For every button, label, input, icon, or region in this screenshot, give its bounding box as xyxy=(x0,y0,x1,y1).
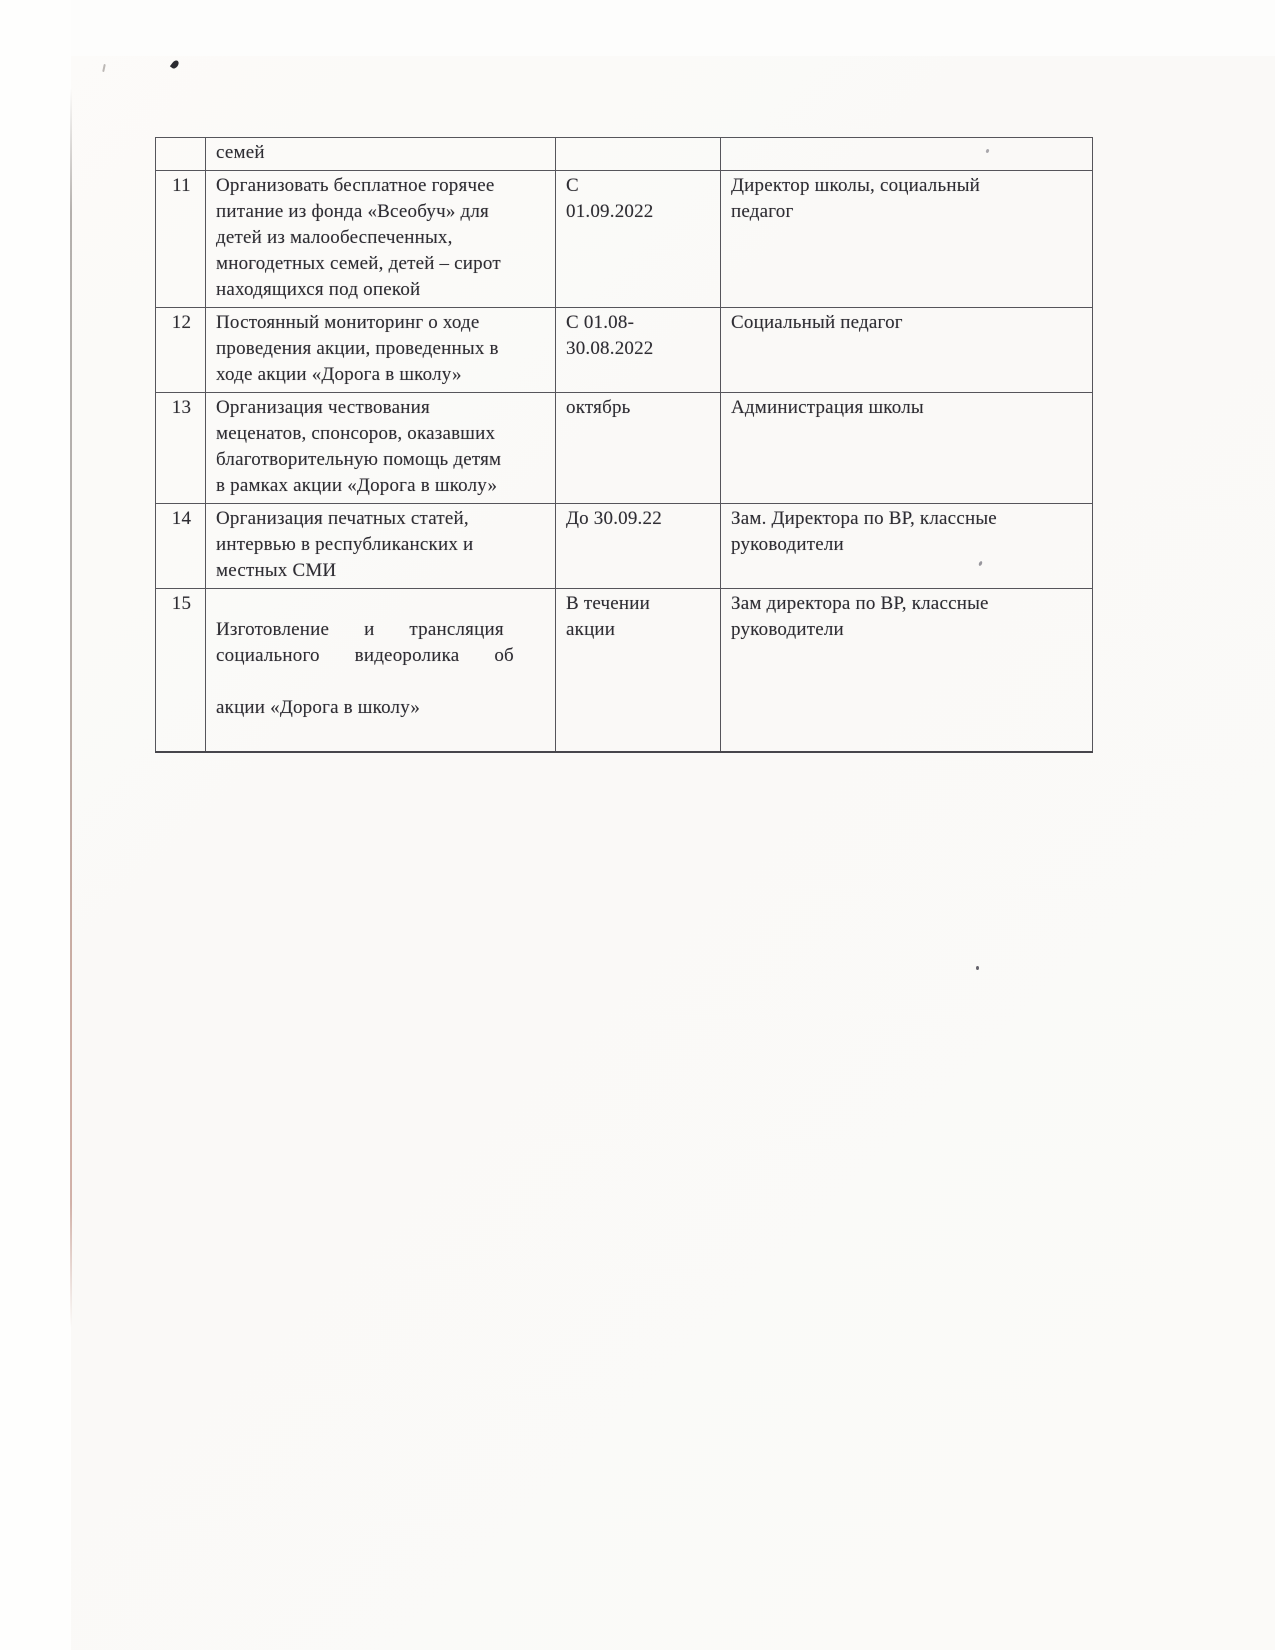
table-row: 14 Организация печатных статей, интервью… xyxy=(156,504,1093,589)
paper-edge-line xyxy=(70,88,72,1328)
dates-cell: С 01.08- 30.08.2022 xyxy=(556,308,721,393)
responsible-cell: Директор школы, социальный педагог xyxy=(721,171,1093,308)
task-cell: Постоянный мониторинг о ходе проведения … xyxy=(206,308,556,393)
row-number-cell xyxy=(156,138,206,171)
task-cell: семей xyxy=(206,138,556,171)
table-row-carryover: семей xyxy=(156,138,1093,171)
table-row: 11 Организовать бесплатное горячее питан… xyxy=(156,171,1093,308)
responsible-cell xyxy=(721,138,1093,171)
dates-cell: С 01.09.2022 xyxy=(556,171,721,308)
paper-speck xyxy=(976,966,979,970)
row-number-cell: 12 xyxy=(156,308,206,393)
responsible-cell: Зам директора по ВР, классные руководите… xyxy=(721,589,1093,753)
task-cell: Организовать бесплатное горячее питание … xyxy=(206,171,556,308)
task-cell: Организация печатных статей, интервью в … xyxy=(206,504,556,589)
responsible-cell: Администрация школы xyxy=(721,393,1093,504)
row-number-cell: 15 xyxy=(156,589,206,753)
row-number-cell: 14 xyxy=(156,504,206,589)
scan-left-margin xyxy=(0,0,71,1650)
table-row: 12 Постоянный мониторинг о ходе проведен… xyxy=(156,308,1093,393)
task-cell: Изготовление и трансляция социального ви… xyxy=(206,589,556,753)
scanned-page: семей 11 Организовать бесплатное горячее… xyxy=(0,0,1275,1650)
row-number-cell: 13 xyxy=(156,393,206,504)
responsible-cell: Социальный педагог xyxy=(721,308,1093,393)
responsible-cell: Зам. Директора по ВР, классные руководит… xyxy=(721,504,1093,589)
task-justified-lines: Изготовление и трансляция социального ви… xyxy=(216,617,547,669)
task-cell: Организация чествования меценатов, спонс… xyxy=(206,393,556,504)
table-row: 13 Организация чествования меценатов, сп… xyxy=(156,393,1093,504)
scan-top-margin xyxy=(0,0,1275,56)
stray-tick-mark xyxy=(102,64,106,72)
dates-cell: октябрь xyxy=(556,393,721,504)
dates-cell: В течении акции xyxy=(556,589,721,753)
pen-tick-mark xyxy=(170,59,180,70)
dates-cell: До 30.09.22 xyxy=(556,504,721,589)
dates-cell xyxy=(556,138,721,171)
row-number-cell: 11 xyxy=(156,171,206,308)
task-last-line: акции «Дорога в школу» xyxy=(216,695,547,721)
action-plan-table: семей 11 Организовать бесплатное горячее… xyxy=(155,137,1093,753)
table-row: 15 Изготовление и трансляция социального… xyxy=(156,589,1093,753)
